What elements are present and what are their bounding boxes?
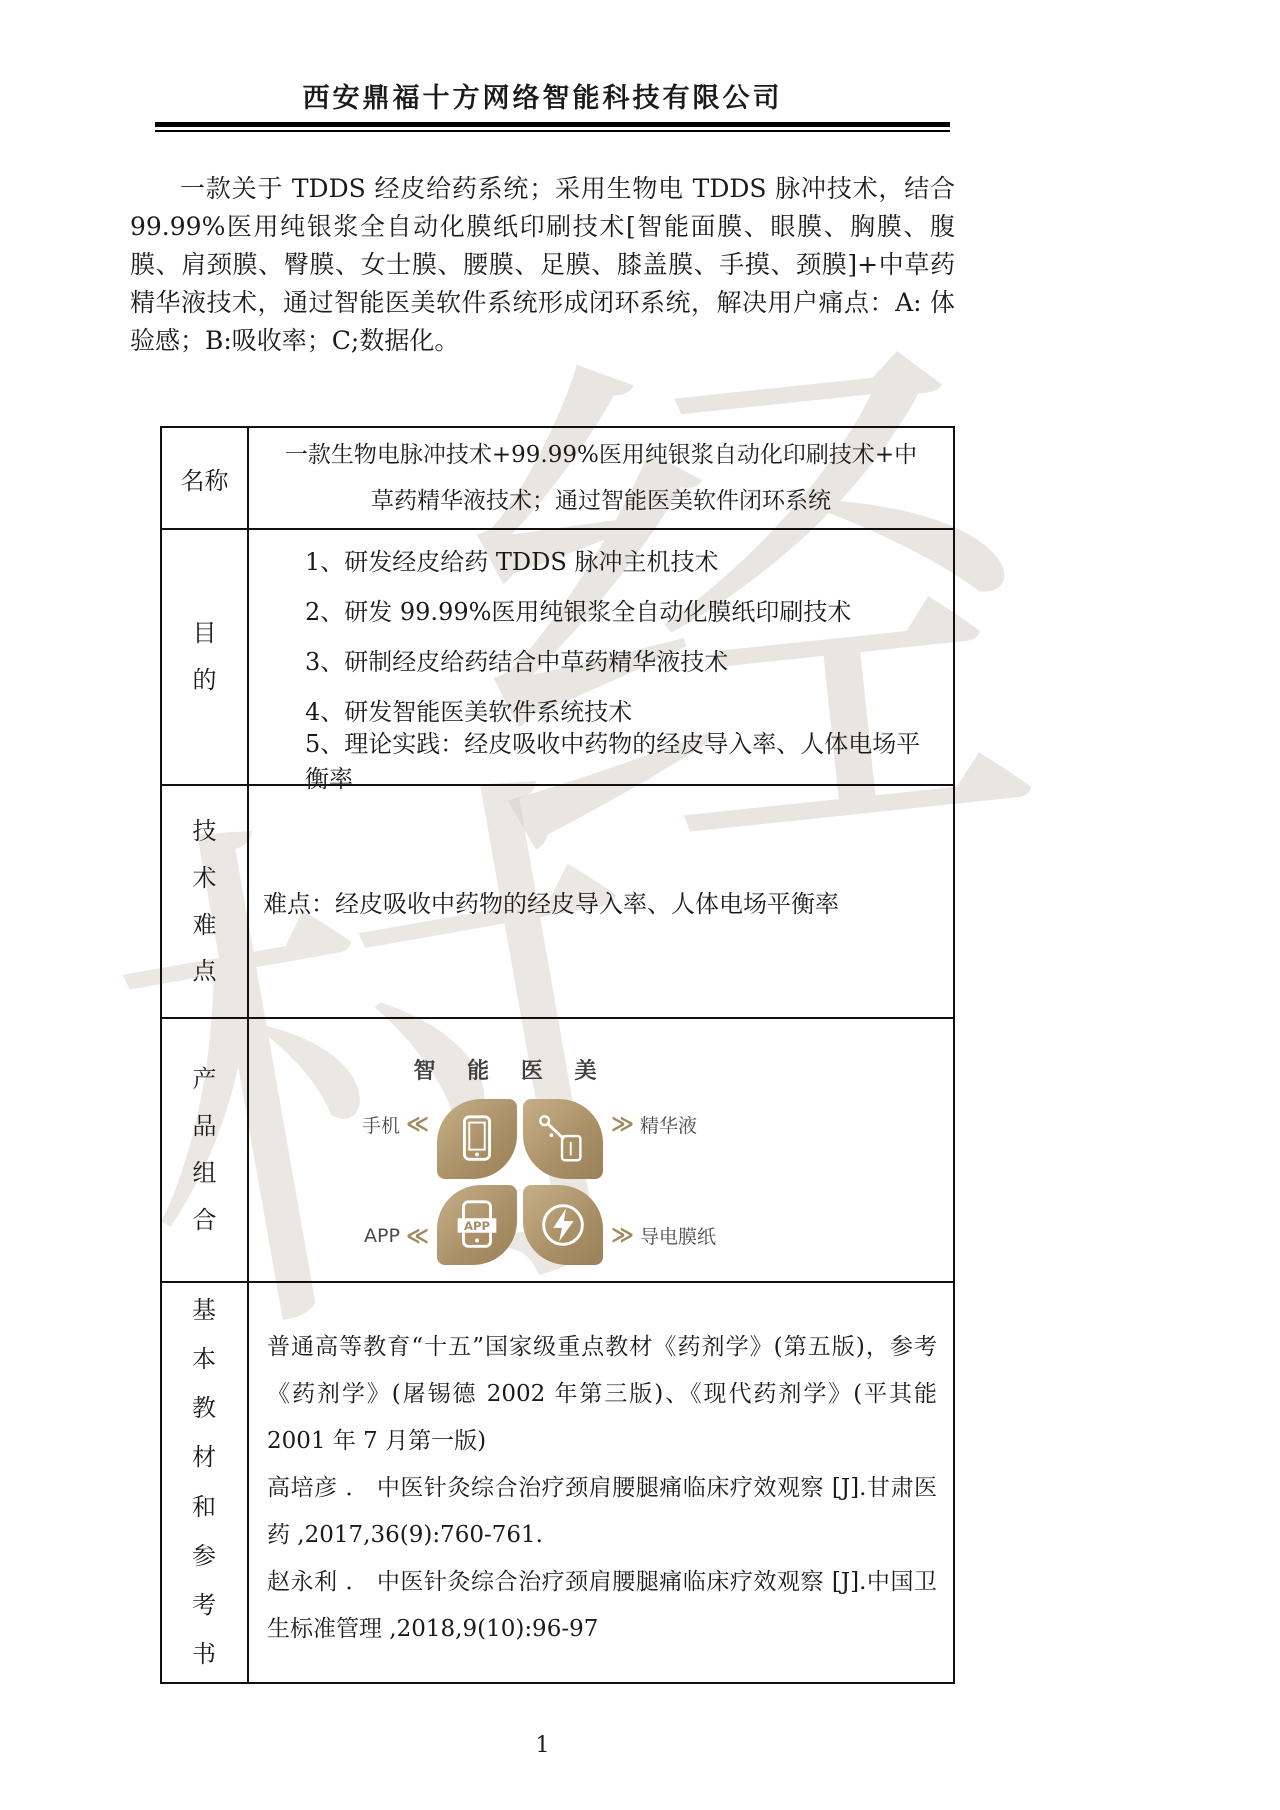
label-serum: ≫精华液 <box>611 1111 697 1138</box>
purpose-item: 3、研制经皮给药结合中草药精华液技术 <box>305 634 943 684</box>
table-row-difficulty: 技术难点 难点：经皮吸收中药物的经皮导入率、人体电场平衡率 <box>161 785 954 1018</box>
row-value-difficulty: 难点：经皮吸收中药物的经皮导入率、人体电场平衡率 <box>248 785 954 1018</box>
label-app: APP≪ <box>364 1224 429 1249</box>
label-text: 导电膜纸 <box>640 1222 716 1249</box>
label-film: ≫导电膜纸 <box>611 1222 716 1249</box>
table-row-references: 基本教材和参考书 普通高等教育“十五”国家级重点教材《药剂学》(第五版)，参考《… <box>161 1282 954 1683</box>
reference-paragraph: 普通高等教育“十五”国家级重点教材《药剂学》(第五版)，参考《药剂学》(屠锡德 … <box>267 1324 937 1465</box>
row-label-text: 目的 <box>193 610 217 704</box>
row-label-name: 名称 <box>161 427 248 529</box>
row-label-text: 名称 <box>181 467 229 495</box>
reference-paragraph: 赵永利 ． 中医针灸综合治疗颈肩腰腿痛临床疗效观察 [J].中国卫生标准管理 ,… <box>267 1559 937 1653</box>
row-label-references: 基本教材和参考书 <box>161 1282 248 1683</box>
row-label-difficulty: 技术难点 <box>161 785 248 1018</box>
double-arrow-left-icon: ≪ <box>406 1224 429 1249</box>
row-value-product: 智 能 医 美 手机≪ APP≪ <box>248 1018 954 1282</box>
label-text: 手机 <box>362 1111 400 1138</box>
row-label-product: 产品组合 <box>161 1018 248 1282</box>
petal-phone <box>437 1099 517 1179</box>
purpose-item: 1、研发经皮给药 TDDS 脉冲主机技术 <box>305 534 943 584</box>
page-content: 西安鼎福十方网络智能科技有限公司 一款关于 TDDS 经皮给药系统；采用生物电 … <box>130 0 955 1684</box>
company-header: 西安鼎福十方网络智能科技有限公司 <box>130 76 955 115</box>
petal-serum <box>523 1099 603 1179</box>
double-arrow-left-icon: ≪ <box>406 1112 429 1137</box>
diagram-left-labels: 手机≪ APP≪ <box>345 1099 437 1265</box>
label-text: 精华液 <box>640 1111 697 1138</box>
row-label-text: 基本教材和参考书 <box>181 1286 229 1680</box>
row-value-name: 一款生物电脉冲技术+99.99%医用纯银浆自动化印刷技术+中草药精华液技术；通过… <box>248 427 954 529</box>
petal-app: APP <box>437 1185 517 1265</box>
purpose-item: 2、研发 99.99%医用纯银浆全自动化膜纸印刷技术 <box>305 584 943 634</box>
app-icon: APP <box>448 1196 506 1254</box>
table-row-name: 名称 一款生物电脉冲技术+99.99%医用纯银浆自动化印刷技术+中草药精华液技术… <box>161 427 954 529</box>
phone-icon <box>448 1110 506 1168</box>
label-text: APP <box>364 1225 400 1247</box>
serum-dropper-icon <box>534 1110 592 1168</box>
diagram-right-labels: ≫精华液 ≫导电膜纸 <box>603 1099 731 1265</box>
row-label-text: 产品组合 <box>193 1056 217 1243</box>
double-arrow-right-icon: ≫ <box>611 1223 634 1248</box>
spec-table: 名称 一款生物电脉冲技术+99.99%医用纯银浆自动化印刷技术+中草药精华液技术… <box>160 426 955 1684</box>
double-arrow-right-icon: ≫ <box>611 1112 634 1137</box>
row-label-text: 技术难点 <box>193 808 217 995</box>
diagram-body: 手机≪ APP≪ <box>345 1099 953 1265</box>
document-page: 经 村 西安鼎福十方网络智能科技有限公司 一款关于 TDDS 经皮给药系统；采用… <box>0 0 1280 1810</box>
product-diagram: 智 能 医 美 手机≪ APP≪ <box>345 1054 953 1265</box>
header-rule <box>155 122 950 132</box>
lightning-icon <box>534 1196 592 1254</box>
reference-paragraph: 高培彦 ． 中医针灸综合治疗颈肩腰腿痛临床疗效观察 [J].甘肃医药 ,2017… <box>267 1465 937 1559</box>
label-phone: 手机≪ <box>362 1111 429 1138</box>
table-row-product: 产品组合 智 能 医 美 手机≪ APP≪ <box>161 1018 954 1282</box>
row-label-purpose: 目的 <box>161 529 248 785</box>
page-number: 1 <box>130 1733 955 1758</box>
app-badge-text: APP <box>464 1218 490 1232</box>
purpose-item: 5、理论实践：经皮吸收中药物的经皮导入率、人体电场平衡率 <box>305 734 943 784</box>
row-value-purpose: 1、研发经皮给药 TDDS 脉冲主机技术 2、研发 99.99%医用纯银浆全自动… <box>248 529 954 785</box>
petal-grid: APP <box>437 1099 603 1265</box>
diagram-title: 智 能 医 美 <box>381 1054 641 1085</box>
table-row-purpose: 目的 1、研发经皮给药 TDDS 脉冲主机技术 2、研发 99.99%医用纯银浆… <box>161 529 954 785</box>
petal-film <box>523 1185 603 1265</box>
intro-paragraph: 一款关于 TDDS 经皮给药系统；采用生物电 TDDS 脉冲技术，结合 99.9… <box>130 170 955 360</box>
row-value-references: 普通高等教育“十五”国家级重点教材《药剂学》(第五版)，参考《药剂学》(屠锡德 … <box>248 1282 954 1683</box>
